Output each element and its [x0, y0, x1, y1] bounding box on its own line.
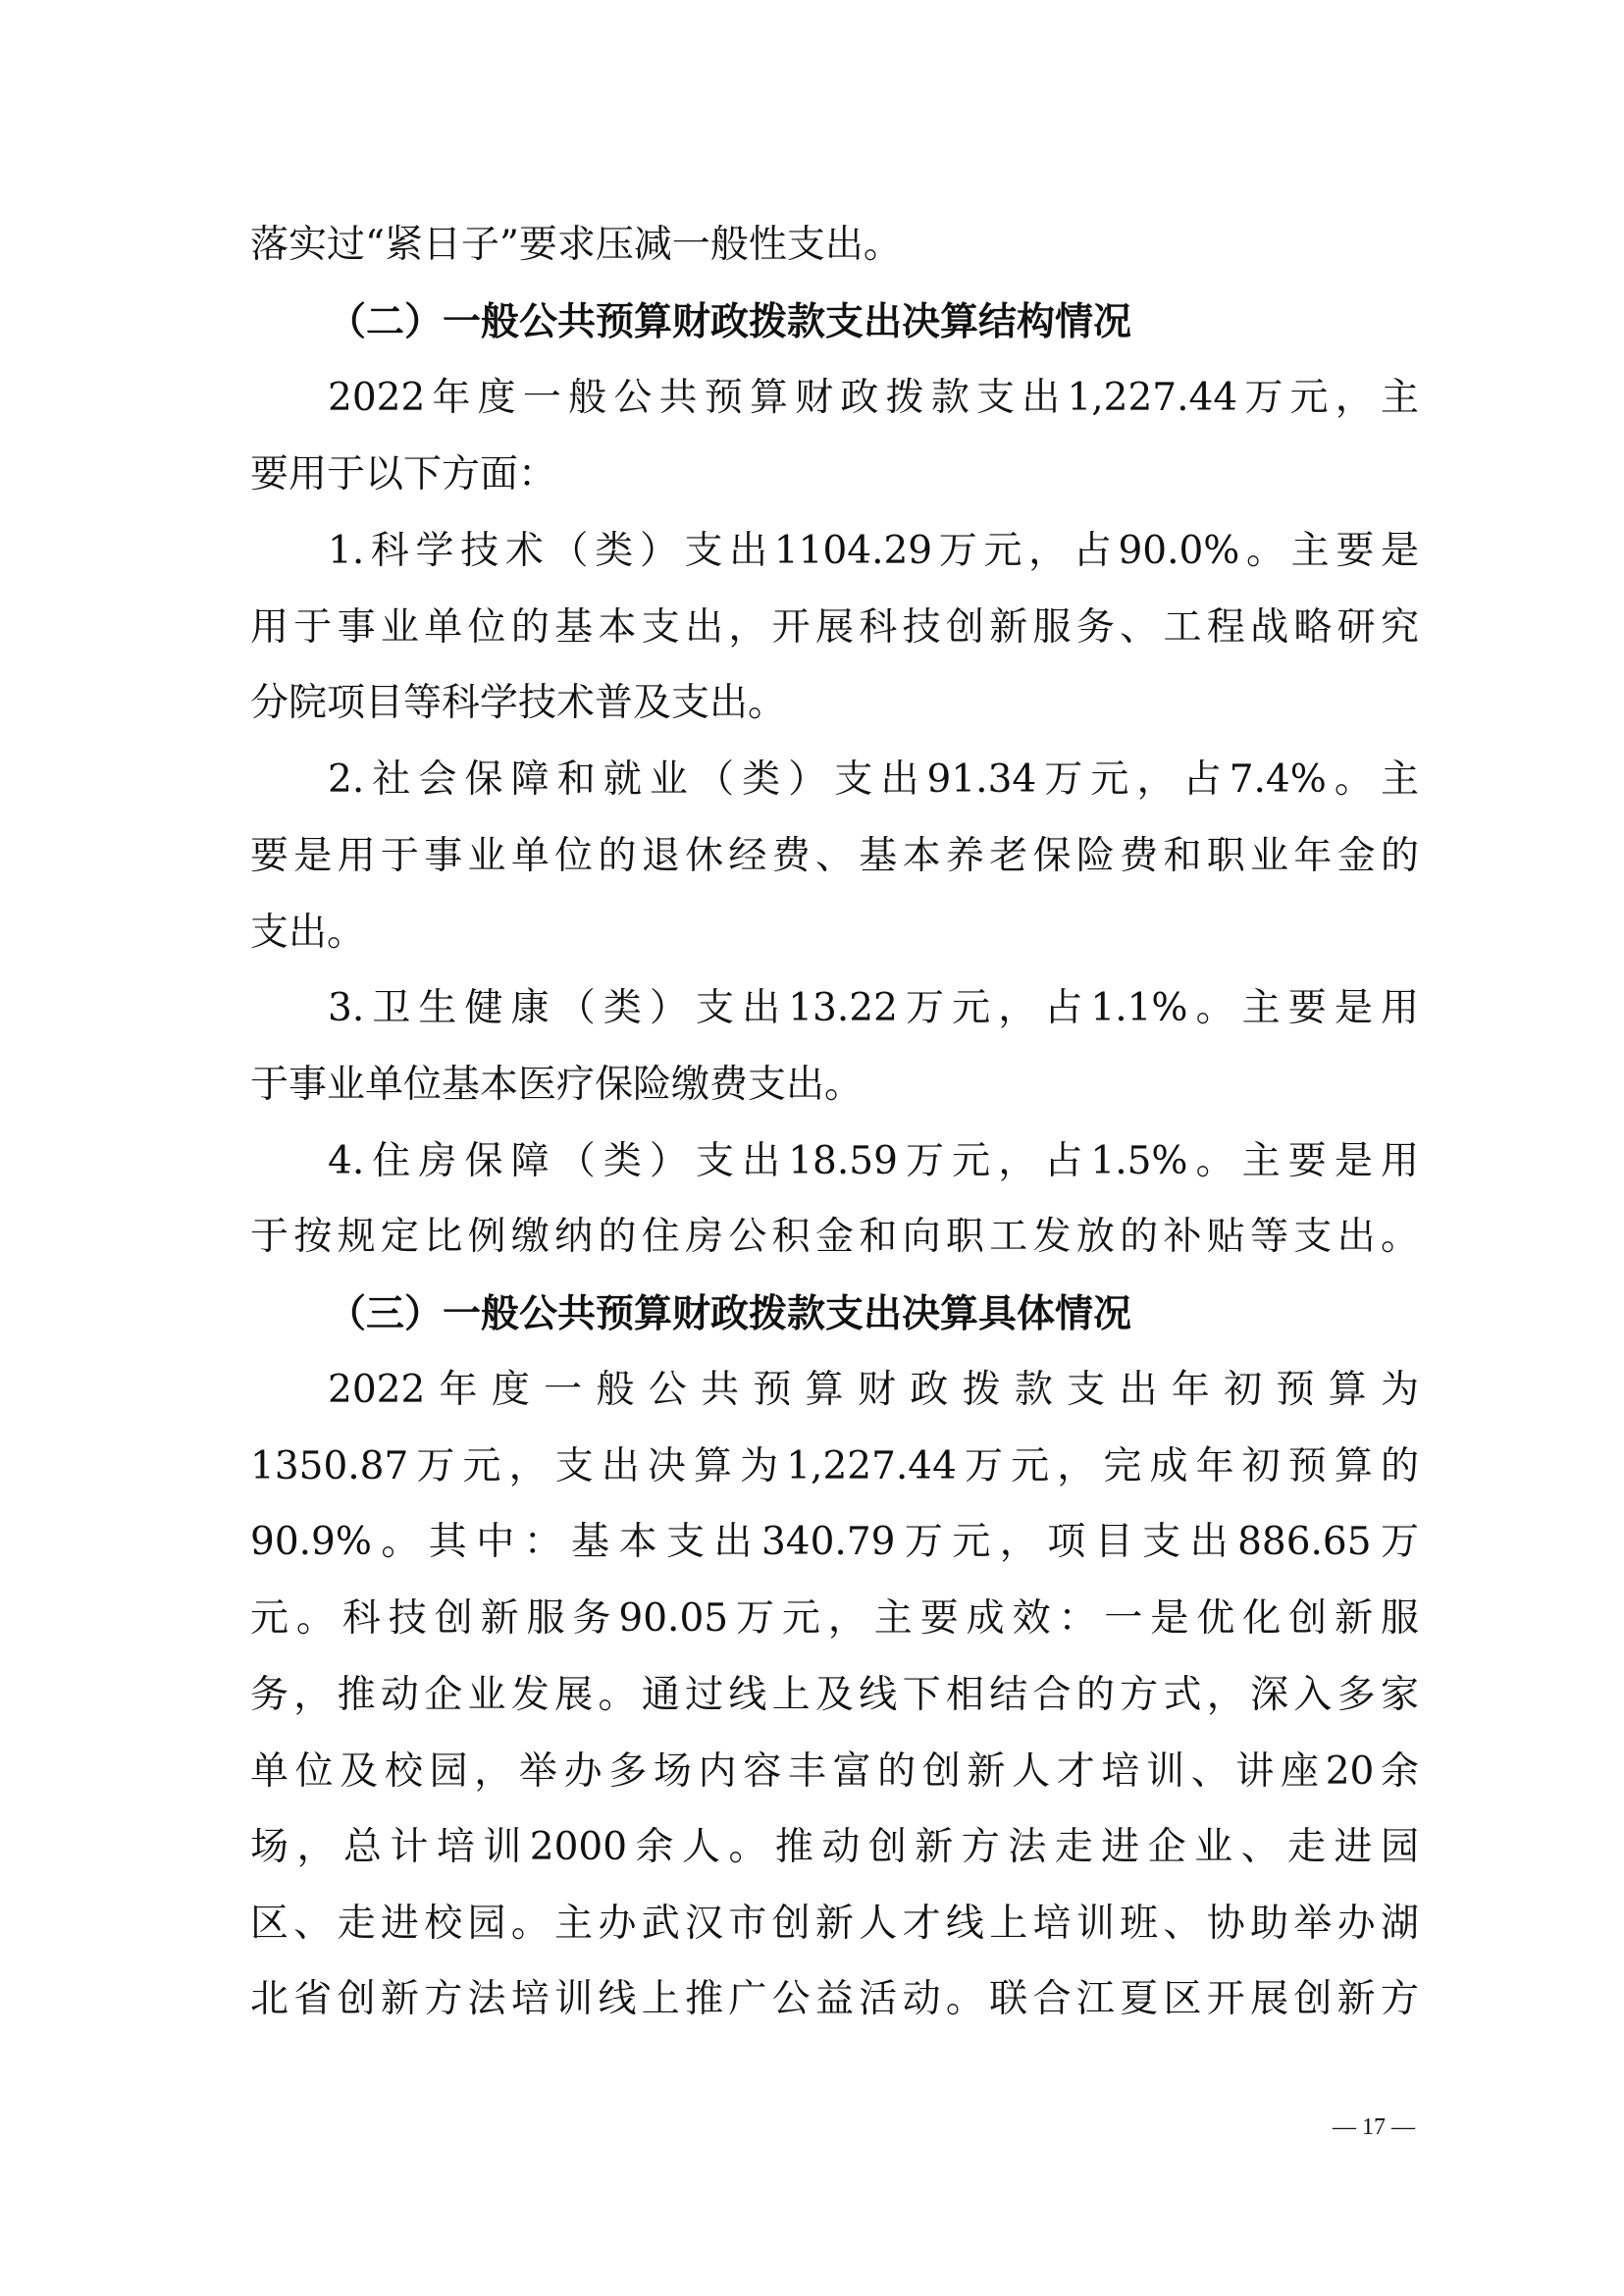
section-heading-2: （二）一般公共预算财政拨款支出决算结构情况 [328, 284, 1419, 360]
paragraph-line: 90.9%。其中：基本支出340.79万元，项目支出886.65万 [250, 1504, 1419, 1581]
list-item-line: 1.科学技术（类）支出1104.29万元，占90.0%。主要是 [328, 513, 1419, 590]
document-page: 落实过“紧日子”要求压减一般性支出。 （二）一般公共预算财政拨款支出决算结构情况… [0, 0, 1624, 2296]
paragraph-line: 北省创新方法培训线上推广公益活动。联合江夏区开展创新方 [250, 1961, 1419, 2038]
paragraph-line: 1350.87万元，支出决算为1,227.44万元，完成年初预算的 [250, 1429, 1419, 1505]
list-item-line: 支出。 [250, 895, 1419, 971]
paragraph-line: 单位及校园，举办多场内容丰富的创新人才培训、讲座20余 [250, 1734, 1419, 1810]
page-number: — 17 — [1321, 2110, 1427, 2145]
list-item-line: 3.卫生健康（类）支出13.22万元，占1.1%。主要是用 [328, 970, 1419, 1047]
section-heading-3: （三）一般公共预算财政拨款支出决算具体情况 [328, 1276, 1419, 1352]
list-item-line: 要是用于事业单位的退休经费、基本养老保险费和职业年金的 [250, 818, 1419, 895]
list-item-line: 2.社会保障和就业（类）支出91.34万元，占7.4%。主 [328, 742, 1419, 818]
paragraph-line: 区、走进校园。主办武汉市创新人才线上培训班、协助举办湖 [250, 1886, 1419, 1962]
paragraph-line: 2022年度一般公共预算财政拨款支出1,227.44万元，主 [328, 360, 1419, 437]
list-item-line: 于按规定比例缴纳的住房公积金和向职工发放的补贴等支出。 [250, 1199, 1419, 1276]
paragraph-line: 务，推动企业发展。通过线上及线下相结合的方式，深入多家 [250, 1657, 1419, 1734]
list-item-line: 于事业单位基本医疗保险缴费支出。 [250, 1047, 1419, 1123]
paragraph-line: 落实过“紧日子”要求压减一般性支出。 [250, 207, 1419, 284]
paragraph-line: 场，总计培训2000余人。推动创新方法走进企业、走进园 [250, 1809, 1419, 1886]
list-item-line: 4.住房保障（类）支出18.59万元，占1.5%。主要是用 [328, 1123, 1419, 1200]
paragraph-line: 2022年度一般公共预算财政拨款支出年初预算为 [328, 1352, 1419, 1429]
list-item-line: 分院项目等科学技术普及支出。 [250, 665, 1419, 742]
paragraph-line: 元。科技创新服务90.05万元，主要成效：一是优化创新服 [250, 1581, 1419, 1657]
list-item-line: 用于事业单位的基本支出，开展科技创新服务、工程战略研究 [250, 590, 1419, 666]
paragraph-line: 要用于以下方面： [250, 437, 1419, 513]
